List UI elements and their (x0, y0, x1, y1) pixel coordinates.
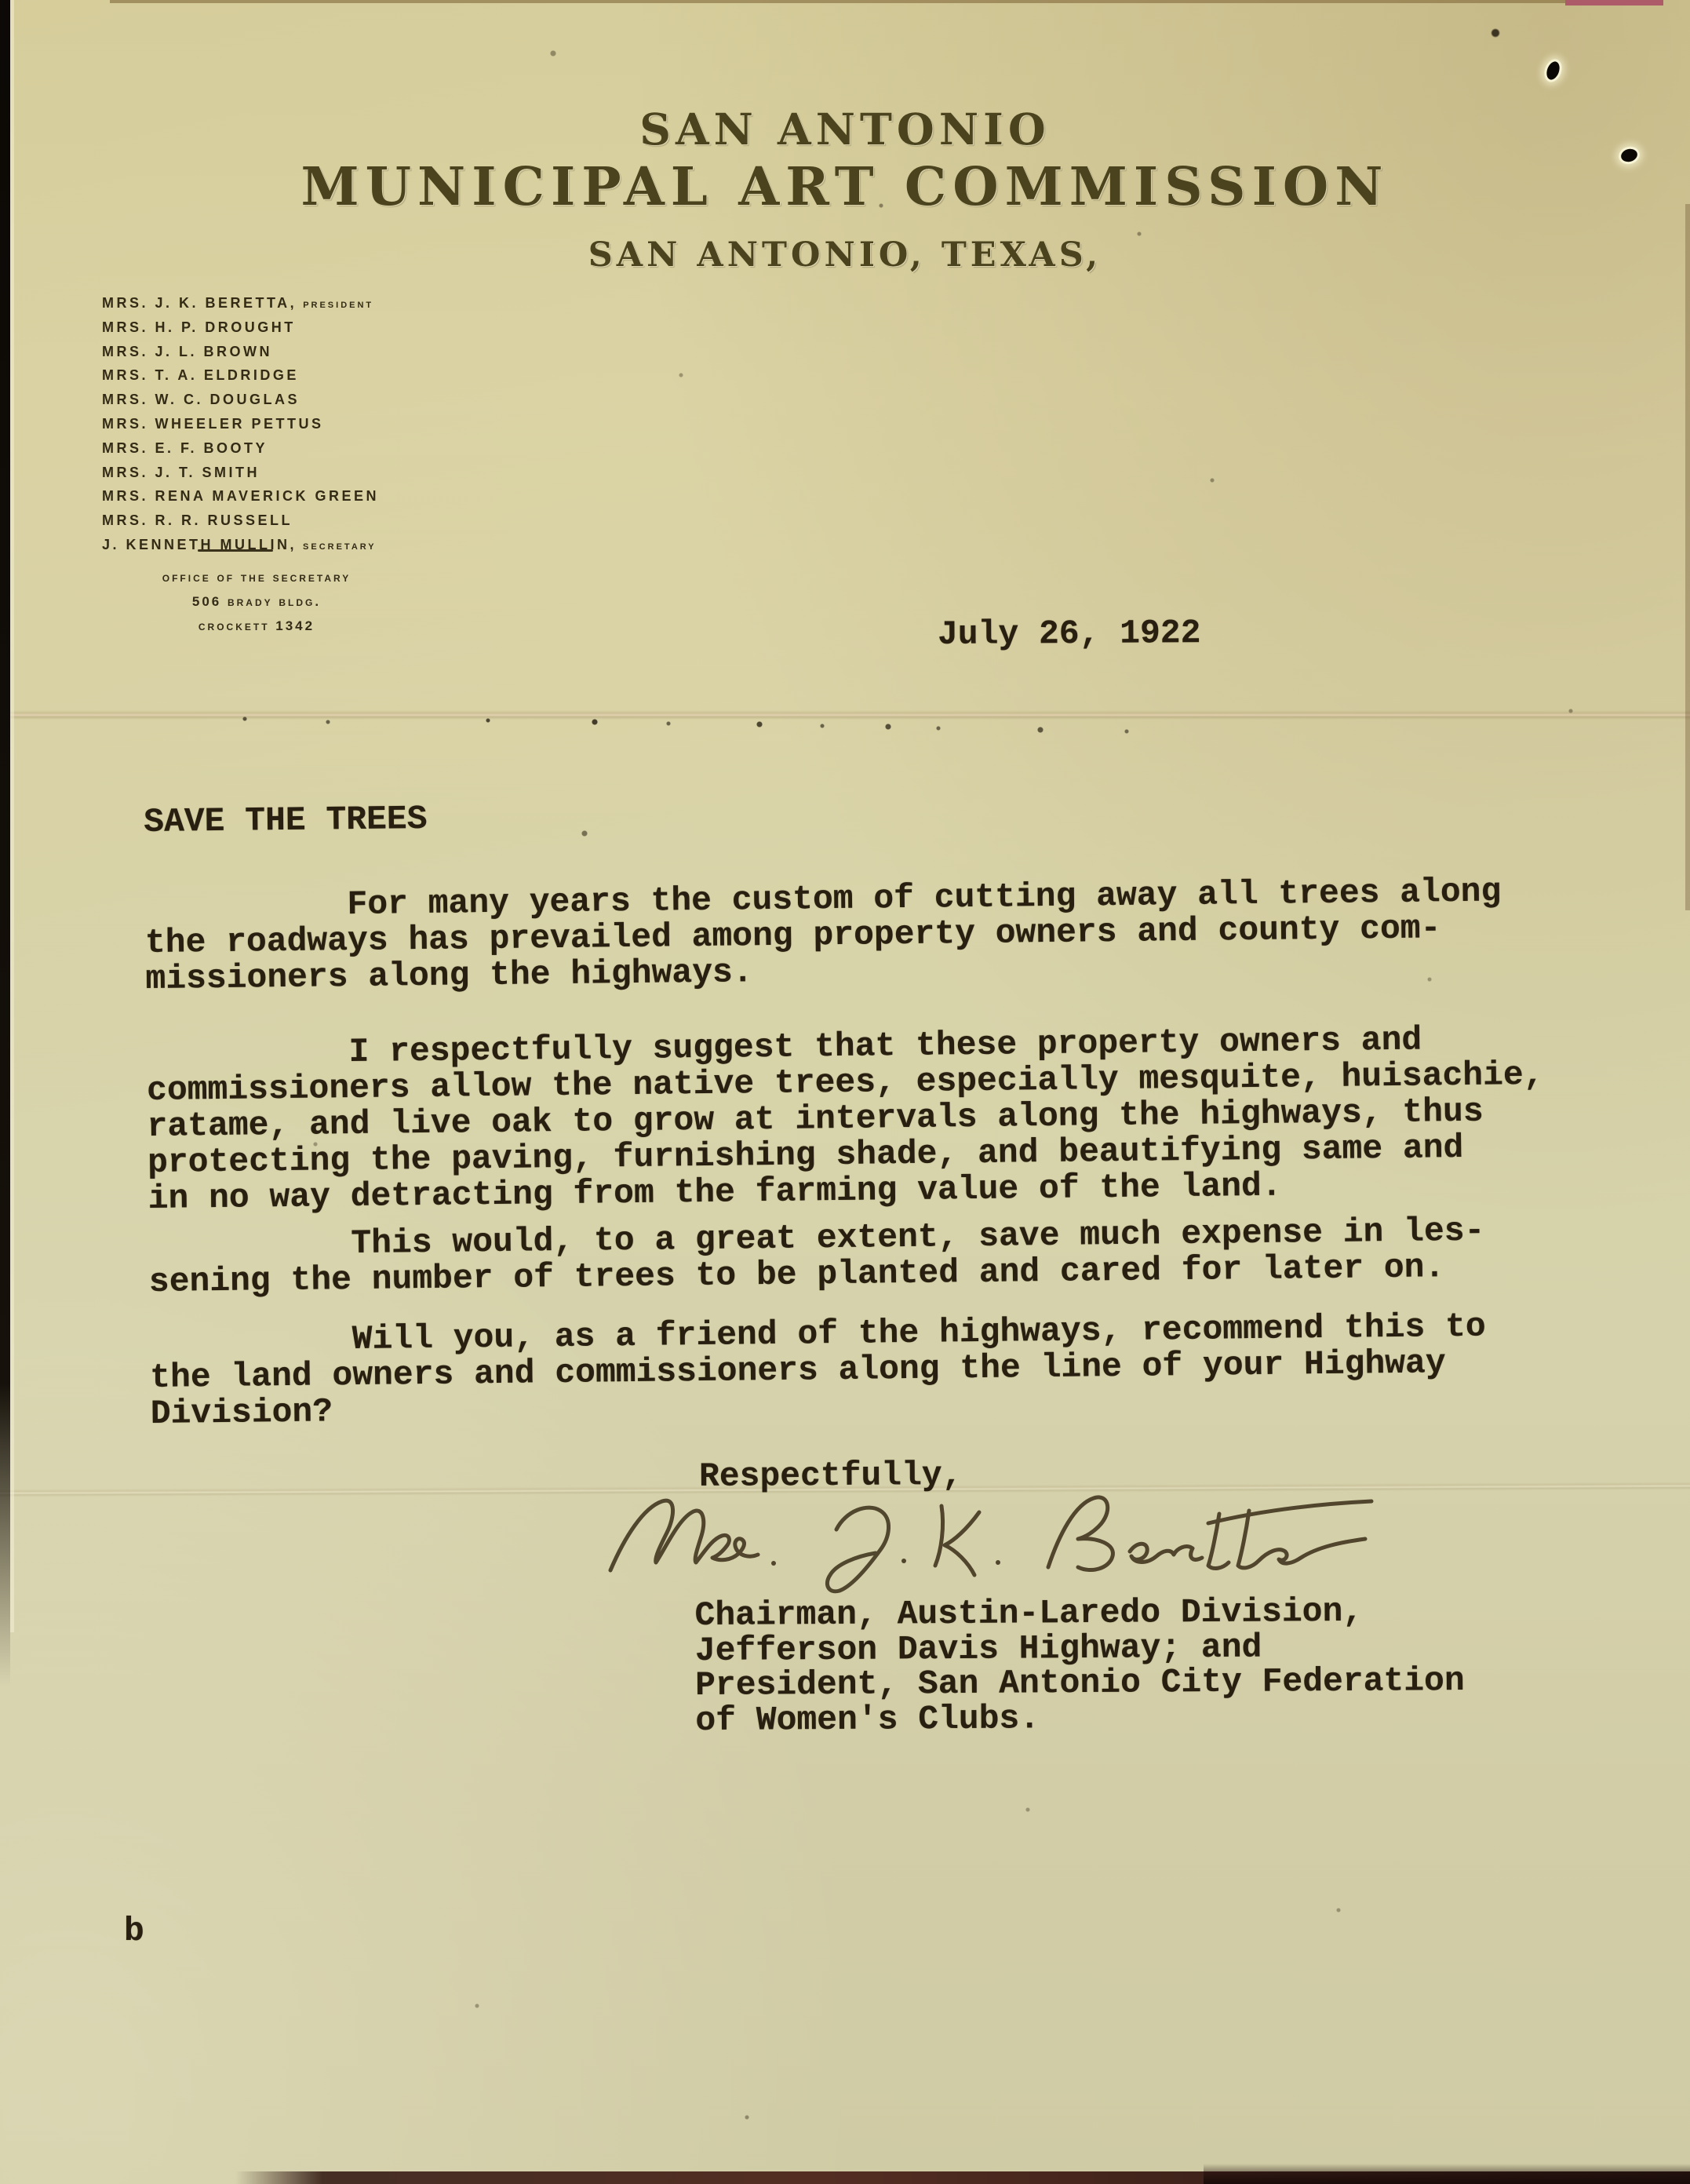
member-name: MRS. T. A. ELDRIDGE (102, 367, 299, 383)
member-row: MRS. RENA MAVERICK GREEN (102, 485, 385, 509)
member-row: MRS. J. L. BROWN (102, 341, 385, 365)
member-row: MRS. E. F. BOOTY (102, 437, 385, 461)
member-name: MRS. RENA MAVERICK GREEN (102, 488, 379, 504)
member-name: MRS. H. P. DROUGHT (102, 319, 296, 335)
commission-members-list: MRS. J. K. BERETTA,President MRS. H. P. … (102, 292, 385, 558)
typist-initial: b (124, 1912, 144, 1950)
office-line: Office of the Secretary (104, 565, 410, 589)
scan-edge-top-right (1565, 0, 1663, 5)
member-name: MRS. J. T. SMITH (102, 465, 260, 480)
office-line: 506 Brady Bldg. (104, 589, 410, 614)
member-name: MRS. W. C. DOUGLAS (102, 392, 300, 407)
scan-edge-top (110, 0, 1565, 3)
letterhead-location: SAN ANTONIO, TEXAS, (0, 235, 1690, 275)
paragraphs: For many years the custom of cutting awa… (144, 873, 1547, 1432)
letter-body: SAVE THE TREES For many years the custom… (144, 789, 1548, 1471)
fold-crease-upper (0, 710, 1690, 720)
member-name: MRS. J. L. BROWN (102, 344, 272, 359)
scan-edge-bottom-right (1204, 2164, 1690, 2184)
paragraph: For many years the custom of cutting awa… (144, 873, 1542, 997)
signature-block-line: President, San Antonio City Federation (695, 1664, 1465, 1704)
scanned-letter-page: SAN ANTONIO MUNICIPAL ART COMMISSION SAN… (0, 0, 1690, 2184)
member-row: MRS. R. R. RUSSELL (102, 509, 385, 534)
paper-hole (1544, 60, 1561, 82)
member-row: J. KENNETH MULLIN,Secretary (102, 534, 385, 558)
member-name: MRS. E. F. BOOTY (102, 440, 268, 456)
letterhead-organization: MUNICIPAL ART COMMISSION (0, 155, 1690, 217)
member-row: MRS. J. K. BERETTA,President (102, 292, 385, 316)
letter-date: July 26, 1922 (938, 614, 1201, 654)
member-name: MRS. R. R. RUSSELL (102, 512, 293, 528)
member-name: MRS. WHEELER PETTUS (102, 416, 324, 432)
paragraph: Will you, as a friend of the highways, r… (150, 1308, 1548, 1432)
signature-block-line: of Women's Clubs. (695, 1699, 1465, 1739)
paragraph: This would, to a great extent, save much… (148, 1212, 1546, 1300)
member-row: MRS. J. T. SMITH (102, 461, 385, 486)
signature-title-block: Chairman, Austin-Laredo Division, Jeffer… (694, 1594, 1465, 1738)
member-row: MRS. WHEELER PETTUS (102, 413, 385, 437)
subject-line: SAVE THE TREES (144, 789, 1541, 840)
member-title: President (303, 297, 373, 311)
member-row: MRS. H. P. DROUGHT (102, 316, 385, 341)
member-name: MRS. J. K. BERETTA, (102, 295, 297, 311)
member-row: MRS. T. A. ELDRIDGE (102, 364, 385, 388)
signature-mrs-j-k-beretta (587, 1482, 1387, 1601)
scan-edge-right (1685, 204, 1690, 910)
paragraph: I respectfully suggest that these proper… (146, 1021, 1545, 1217)
member-row: MRS. W. C. DOUGLAS (102, 388, 385, 413)
signature-block-line: Chairman, Austin-Laredo Division, (694, 1594, 1464, 1634)
office-line: Crockett 1342 (104, 614, 410, 638)
office-of-secretary-block: Office of the Secretary 506 Brady Bldg. … (104, 565, 410, 638)
member-title: Secretary (303, 539, 377, 552)
letterhead-divider-rule (198, 549, 273, 552)
letterhead-city: SAN ANTONIO (0, 104, 1690, 155)
